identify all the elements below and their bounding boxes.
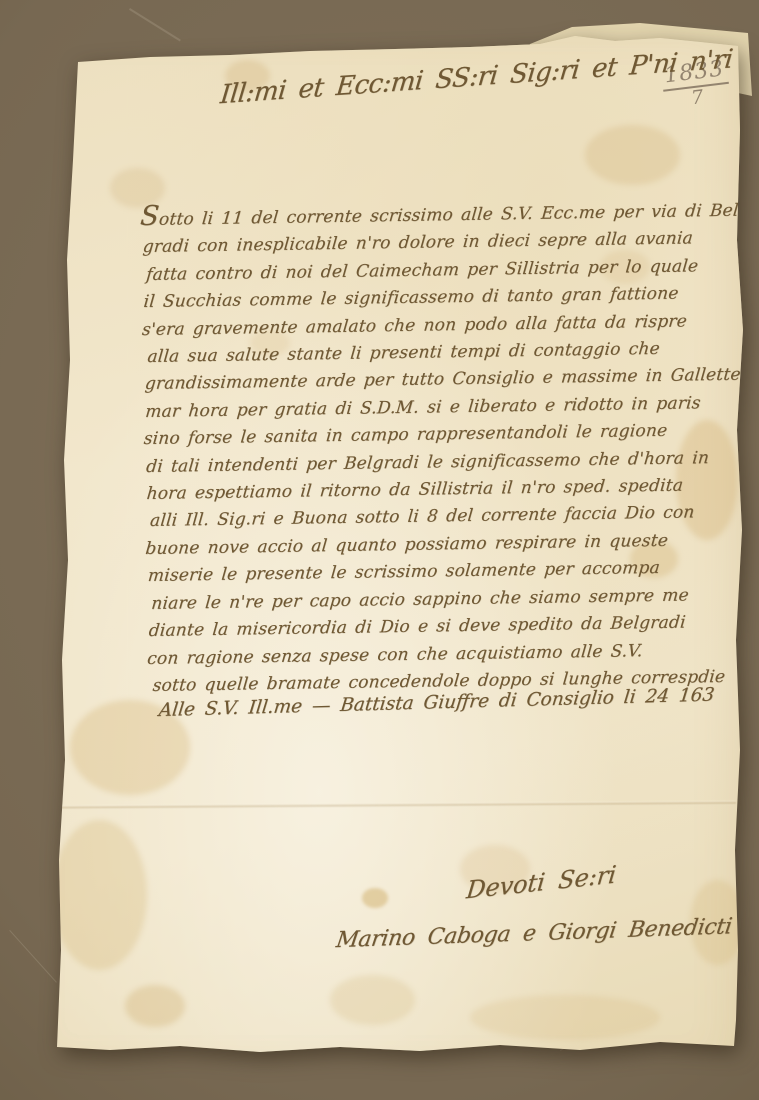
stain [125, 985, 185, 1027]
stain [330, 975, 415, 1025]
stain [362, 888, 388, 908]
stain [470, 995, 660, 1040]
paper-sheet: 1833 7 Ill:mi et Ecc:mi SS:ri Sig:ri et … [0, 0, 759, 1100]
fold-crease [60, 801, 736, 810]
valediction: Devoti Se:ri [465, 860, 617, 904]
signature-line: Marino Caboga e Giorgi Benedicti [334, 913, 757, 953]
salutation-line: Ill:mi et Ecc:mi SS:ri Sig:ri et P'ni n'… [219, 56, 561, 110]
paper-surface: 1833 7 Ill:mi et Ecc:mi SS:ri Sig:ri et … [0, 0, 759, 1100]
letter-body: Sotto li 11 del corrente scrissimo alle … [142, 194, 750, 701]
stain [52, 820, 147, 970]
stain [585, 125, 680, 185]
